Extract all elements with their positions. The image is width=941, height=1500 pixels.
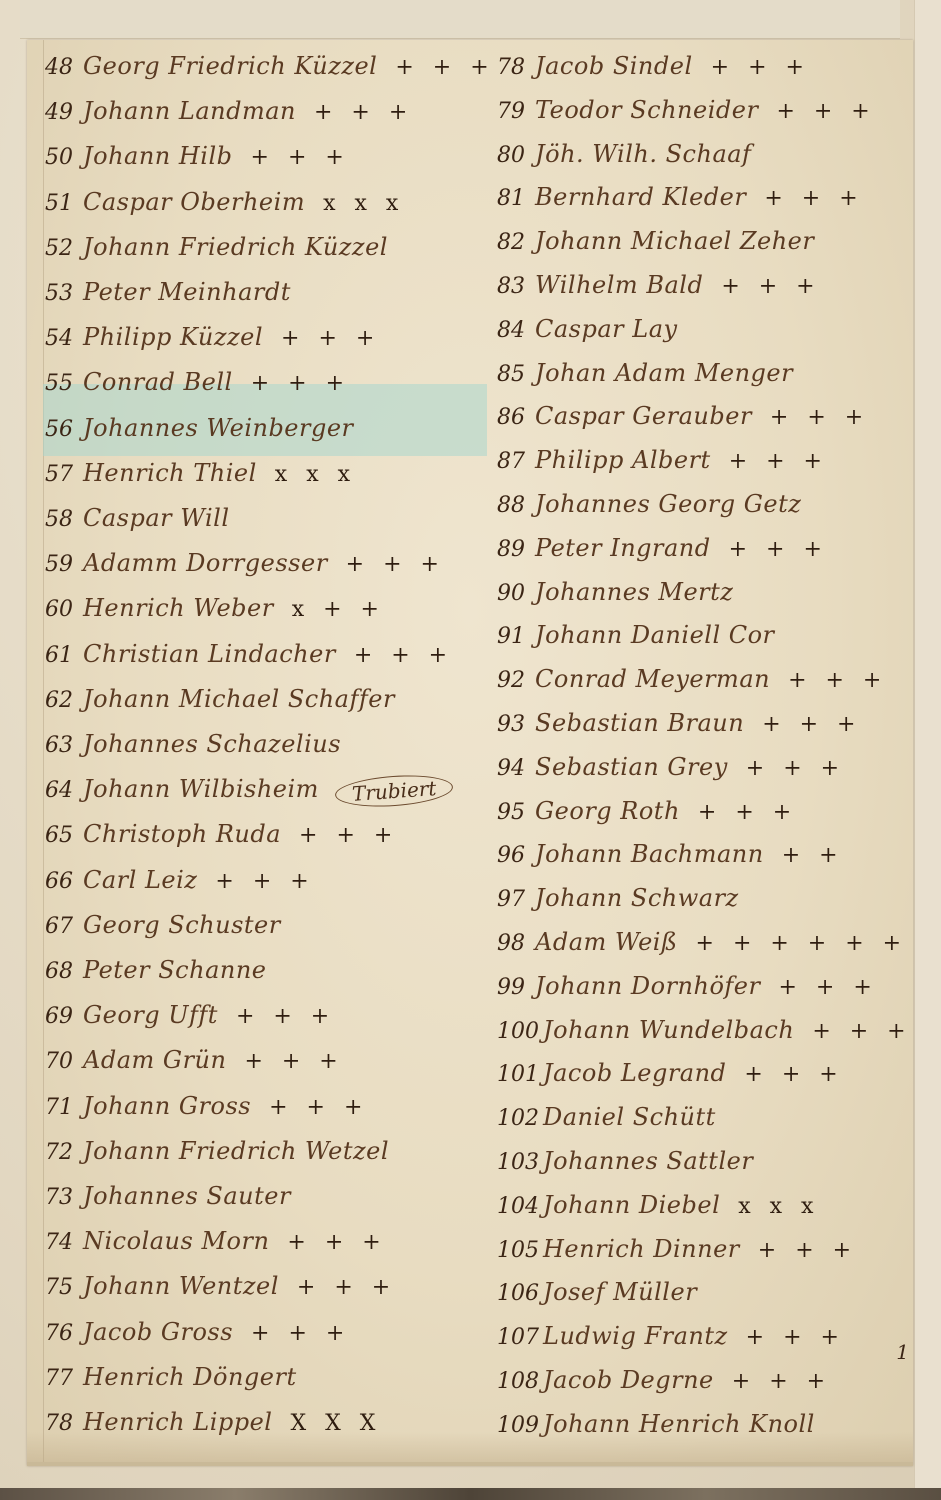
cross-marks: + + + <box>297 1275 396 1300</box>
cross-marks: + + + <box>281 326 380 351</box>
list-item: 99Johann Dornhöfer+ + + <box>497 972 878 1012</box>
annotation-note-64: Trubiert <box>334 772 454 810</box>
entry-number: 91 <box>497 624 531 649</box>
entry-number: 56 <box>45 417 79 442</box>
cross-marks: + + + <box>776 99 875 124</box>
cross-marks: + + + <box>778 975 877 1000</box>
entry-number: 102 <box>497 1106 539 1131</box>
entry-number: 83 <box>497 274 531 299</box>
backing-right-edge <box>914 0 941 1500</box>
entry-number: 63 <box>45 733 79 758</box>
list-item: 67Georg Schuster <box>45 911 299 951</box>
list-item: 102Daniel Schütt <box>497 1103 734 1143</box>
binding-strip <box>0 1488 941 1500</box>
entry-name: Georg Schuster <box>83 911 281 939</box>
list-item: 62Johann Michael Schaffer <box>45 685 413 725</box>
cross-marks: + + + <box>299 823 398 848</box>
entry-number: 66 <box>45 869 79 894</box>
list-item: 97Johann Schwarz <box>497 884 757 924</box>
entry-number: 59 <box>45 552 79 577</box>
list-item: 91Johann Daniell Cor <box>497 621 793 661</box>
entry-name: Johann Landman <box>83 97 296 125</box>
entry-name: Henrich Thiel <box>83 459 257 487</box>
top-fold-paper <box>20 0 900 39</box>
list-item: 68Peter Schanne <box>45 956 285 996</box>
entry-number: 106 <box>497 1281 539 1306</box>
cross-marks: x + + <box>292 597 385 622</box>
entry-name: Johannes Sattler <box>543 1147 753 1175</box>
entry-name: Johann Gross <box>83 1092 251 1120</box>
list-item: 101Jacob Legrand+ + + <box>497 1059 844 1099</box>
list-item: 65Christoph Ruda+ + + <box>45 820 398 860</box>
list-item: 50Johann Hilb+ + + <box>45 142 350 182</box>
cross-marks: + + + <box>314 100 413 125</box>
list-item: 73Johannes Sauter <box>45 1182 309 1222</box>
entry-name: Philipp Küzzel <box>83 323 263 351</box>
entry-name: Johann Wundelbach <box>543 1016 794 1044</box>
entry-name: Teodor Schneider <box>535 96 758 124</box>
cross-marks: + + + <box>698 800 797 825</box>
entry-name: Daniel Schütt <box>543 1103 716 1131</box>
entry-number: 69 <box>45 1004 79 1029</box>
list-item: 55Conrad Bell+ + + <box>45 368 350 408</box>
entry-name: Caspar Gerauber <box>535 402 752 430</box>
entry-number: 86 <box>497 405 531 430</box>
cross-marks: + + + <box>346 552 445 577</box>
entry-number: 51 <box>45 191 79 216</box>
entry-name: Christoph Ruda <box>83 820 281 848</box>
cross-marks: + + + <box>244 1049 343 1074</box>
entry-name: Carl Leiz <box>83 866 197 894</box>
entry-name: Peter Ingrand <box>535 534 711 562</box>
list-item: 94Sebastian Grey+ + + <box>497 753 845 793</box>
list-item: 74Nicolaus Morn+ + + <box>45 1227 387 1267</box>
list-item: 64Johann Wilbisheim <box>45 775 337 815</box>
list-item: 79Teodor Schneider+ + + <box>497 96 876 136</box>
entry-number: 61 <box>45 643 79 668</box>
entry-name: Ludwig Frantz <box>543 1322 728 1350</box>
cross-marks: + + + <box>758 1238 857 1263</box>
entry-name: Johann Schwarz <box>535 884 739 912</box>
entry-number: 52 <box>45 236 79 261</box>
cross-marks: + + + + + + <box>696 931 908 956</box>
entry-number: 85 <box>497 362 531 387</box>
list-item: 77Henrich Döngert <box>45 1363 315 1403</box>
cross-marks: + + + <box>732 1369 831 1394</box>
entry-name: Conrad Bell <box>83 368 233 396</box>
list-item: 83Wilhelm Bald+ + + <box>497 271 821 311</box>
cross-marks: + + + <box>251 371 350 396</box>
list-item: 52Johann Friedrich Küzzel <box>45 233 406 273</box>
list-item: 88Johannes Georg Getz <box>497 490 819 530</box>
right-margin-mark: 1 <box>896 1340 909 1364</box>
list-item: 71Johann Gross+ + + <box>45 1092 368 1132</box>
entry-number: 104 <box>497 1194 539 1219</box>
entry-name: Johannes Georg Getz <box>535 490 801 518</box>
entry-name: Peter Meinhardt <box>83 278 291 306</box>
entry-name: Adam Weiß <box>535 928 678 956</box>
cross-marks: + + + <box>729 449 828 474</box>
list-item: 95Georg Roth+ + + <box>497 797 797 837</box>
entry-number: 99 <box>497 975 531 1000</box>
list-item: 92Conrad Meyerman+ + + <box>497 665 887 705</box>
left-margin-line <box>43 40 44 1462</box>
entry-number: 105 <box>497 1238 539 1263</box>
list-item: 106Josef Müller <box>497 1278 715 1318</box>
entry-number: 70 <box>45 1049 79 1074</box>
entry-number: 64 <box>45 778 79 803</box>
entry-name: Jöh. Wilh. Schaaf <box>535 140 751 168</box>
entry-name: Nicolaus Morn <box>83 1227 269 1255</box>
entry-number: 107 <box>497 1325 539 1350</box>
entry-number: 79 <box>497 99 531 124</box>
entry-name: Johann Michael Zeher <box>535 227 814 255</box>
cross-marks: + + + <box>711 55 810 80</box>
cross-marks: + + + <box>762 712 861 737</box>
list-item: 104Johann Diebelx x x <box>497 1191 819 1231</box>
list-item: 84Caspar Lay <box>497 315 696 355</box>
list-item: 57Henrich Thielx x x <box>45 459 356 499</box>
list-item: 80Jöh. Wilh. Schaaf <box>497 140 769 180</box>
manuscript-page: 48Georg Friedrich Küzzel+ + +49Johann La… <box>27 40 913 1466</box>
entry-number: 67 <box>45 914 79 939</box>
list-item: 107Ludwig Frantz+ + + <box>497 1322 845 1362</box>
entry-number: 90 <box>497 581 531 606</box>
entry-name: Christian Lindacher <box>83 640 336 668</box>
entry-name: Johann Wentzel <box>83 1272 279 1300</box>
cross-marks: + + + <box>721 274 820 299</box>
cross-marks: + + + <box>746 756 845 781</box>
entry-name: Johannes Mertz <box>535 578 733 606</box>
entry-number: 50 <box>45 145 79 170</box>
entry-number: 58 <box>45 507 79 532</box>
list-item: 103Johannes Sattler <box>497 1147 771 1187</box>
entry-name: Henrich Dinner <box>543 1235 740 1263</box>
entry-name: Henrich Weber <box>83 594 274 622</box>
entry-number: 80 <box>497 143 531 168</box>
entry-name: Johannes Schazelius <box>83 730 341 758</box>
entry-number: 73 <box>45 1185 79 1210</box>
entry-number: 93 <box>497 712 531 737</box>
list-item: 89Peter Ingrand+ + + <box>497 534 828 574</box>
entry-name: Caspar Will <box>83 504 230 532</box>
cross-marks: + + + <box>269 1095 368 1120</box>
entry-number: 62 <box>45 688 79 713</box>
list-item: 85Johan Adam Menger <box>497 359 811 399</box>
entry-number: 98 <box>497 931 531 956</box>
entry-name: Jacob Degrne <box>543 1366 714 1394</box>
entry-name: Caspar Lay <box>535 315 678 343</box>
list-item: 70Adam Grün+ + + <box>45 1046 344 1086</box>
list-item: 105Henrich Dinner+ + + <box>497 1235 857 1275</box>
entry-number: 96 <box>497 843 531 868</box>
entry-name: Jacob Sindel <box>535 52 693 80</box>
list-item: 51Caspar Oberheimx x x <box>45 188 404 228</box>
entry-number: 75 <box>45 1275 79 1300</box>
cross-marks: + + + <box>354 643 453 668</box>
entry-number: 54 <box>45 326 79 351</box>
list-item: 61Christian Lindacher+ + + <box>45 640 453 680</box>
entry-number: 89 <box>497 537 531 562</box>
entry-name: Jacob Legrand <box>543 1059 726 1087</box>
entry-number: 100 <box>497 1019 539 1044</box>
entry-name: Bernhard Kleder <box>535 183 746 211</box>
cross-marks: x x x <box>275 462 356 487</box>
cross-marks: + + + <box>744 1062 843 1087</box>
cross-marks: + + + <box>788 668 887 693</box>
entry-number: 84 <box>497 318 531 343</box>
entry-number: 81 <box>497 186 531 211</box>
cross-marks: + + + <box>215 869 314 894</box>
cross-marks: + + <box>782 843 844 868</box>
entry-name: Caspar Oberheim <box>83 188 305 216</box>
entry-name: Johann Dornhöfer <box>535 972 760 1000</box>
cross-marks: + + + <box>251 145 350 170</box>
entry-name: Johann Daniell Cor <box>535 621 775 649</box>
entry-number: 77 <box>45 1366 79 1391</box>
entry-name: Jacob Gross <box>83 1318 233 1346</box>
cross-marks: + + + <box>395 55 494 80</box>
cross-marks: + + + <box>764 186 863 211</box>
entry-number: 95 <box>497 800 531 825</box>
list-item: 108Jacob Degrne+ + + <box>497 1366 831 1406</box>
list-item: 48Georg Friedrich Küzzel+ + + <box>45 52 495 92</box>
entry-name: Henrich Döngert <box>83 1363 297 1391</box>
entry-number: 101 <box>497 1062 539 1087</box>
entry-name: Adamm Dorrgesser <box>83 549 328 577</box>
entry-name: Johann Hilb <box>83 142 233 170</box>
list-item: 82Johann Michael Zeher <box>497 227 832 267</box>
list-item: 78Jacob Sindel+ + + <box>497 52 810 92</box>
entry-number: 53 <box>45 281 79 306</box>
cross-marks: + + + <box>770 405 869 430</box>
cross-marks: + + + <box>236 1004 335 1029</box>
entry-number: 78 <box>497 55 531 80</box>
entry-number: 60 <box>45 597 79 622</box>
entry-number: 97 <box>497 887 531 912</box>
entry-number: 57 <box>45 462 79 487</box>
list-item: 49Johann Landman+ + + <box>45 97 413 137</box>
entry-number: 92 <box>497 668 531 693</box>
entry-number: 108 <box>497 1369 539 1394</box>
entry-name: Johann Friedrich Wetzel <box>83 1137 389 1165</box>
list-item: 60Henrich Weberx + + <box>45 594 385 634</box>
list-item: 100Johann Wundelbach+ + + <box>497 1016 912 1056</box>
entry-name: Sebastian Braun <box>535 709 744 737</box>
list-item: 96Johann Bachmann+ + <box>497 840 844 880</box>
cross-marks: + + + <box>812 1019 911 1044</box>
list-item: 86Caspar Gerauber+ + + <box>497 402 869 442</box>
entry-name: Peter Schanne <box>83 956 267 984</box>
list-item: 75Johann Wentzel+ + + <box>45 1272 396 1312</box>
entry-name: Johan Adam Menger <box>535 359 793 387</box>
entry-number: 103 <box>497 1150 539 1175</box>
entry-name: Johann Friedrich Küzzel <box>83 233 388 261</box>
entry-number: 49 <box>45 100 79 125</box>
entry-number: 76 <box>45 1321 79 1346</box>
list-item: 54Philipp Küzzel+ + + <box>45 323 380 363</box>
list-item: 66Carl Leiz+ + + <box>45 866 315 906</box>
entry-number: 88 <box>497 493 531 518</box>
list-item: 63Johannes Schazelius <box>45 730 359 770</box>
entry-name: Johannes Sauter <box>83 1182 291 1210</box>
entry-number: 94 <box>497 756 531 781</box>
list-item: 53Peter Meinhardt <box>45 278 309 318</box>
entry-name: Johann Diebel <box>543 1191 720 1219</box>
entry-name: Wilhelm Bald <box>535 271 703 299</box>
entry-name: Adam Grün <box>83 1046 226 1074</box>
entry-name: Johann Bachmann <box>535 840 764 868</box>
list-item: 72Johann Friedrich Wetzel <box>45 1137 407 1177</box>
entry-number: 68 <box>45 959 79 984</box>
cross-marks: x x x <box>738 1194 819 1219</box>
cross-marks: + + + <box>251 1321 350 1346</box>
list-item: 76Jacob Gross+ + + <box>45 1318 350 1358</box>
list-item: 56Johannes Weinberger <box>45 414 372 454</box>
entry-name: Georg Friedrich Küzzel <box>83 52 377 80</box>
entry-name: Johann Wilbisheim <box>83 775 319 803</box>
water-stain <box>27 1432 913 1462</box>
list-item: 81Bernhard Kleder+ + + <box>497 183 864 223</box>
list-item: 93Sebastian Braun+ + + <box>497 709 861 749</box>
entry-name: Georg Ufft <box>83 1001 218 1029</box>
list-item: 59Adamm Dorrgesser+ + + <box>45 549 445 589</box>
entry-name: Georg Roth <box>535 797 680 825</box>
entry-name: Philipp Albert <box>535 446 711 474</box>
entry-name: Josef Müller <box>543 1278 697 1306</box>
cross-marks: + + + <box>746 1325 845 1350</box>
entry-number: 72 <box>45 1140 79 1165</box>
entry-number: 82 <box>497 230 531 255</box>
list-item: 69Georg Ufft+ + + <box>45 1001 335 1041</box>
entry-number: 87 <box>497 449 531 474</box>
list-item: 98Adam Weiß+ + + + + + <box>497 928 907 968</box>
list-item: 90Johannes Mertz <box>497 578 751 618</box>
cross-marks: + + + <box>287 1230 386 1255</box>
entry-number: 55 <box>45 371 79 396</box>
entry-name: Johannes Weinberger <box>83 414 354 442</box>
entry-name: Johann Michael Schaffer <box>83 685 395 713</box>
entry-name: Conrad Meyerman <box>535 665 770 693</box>
list-item: 87Philipp Albert+ + + <box>497 446 828 486</box>
list-item: 58Caspar Will <box>45 504 248 544</box>
entry-number: 65 <box>45 823 79 848</box>
entry-name: Sebastian Grey <box>535 753 728 781</box>
cross-marks: + + + <box>729 537 828 562</box>
entry-number: 48 <box>45 55 79 80</box>
cross-marks: x x x <box>323 191 404 216</box>
entry-number: 71 <box>45 1095 79 1120</box>
entry-number: 74 <box>45 1230 79 1255</box>
